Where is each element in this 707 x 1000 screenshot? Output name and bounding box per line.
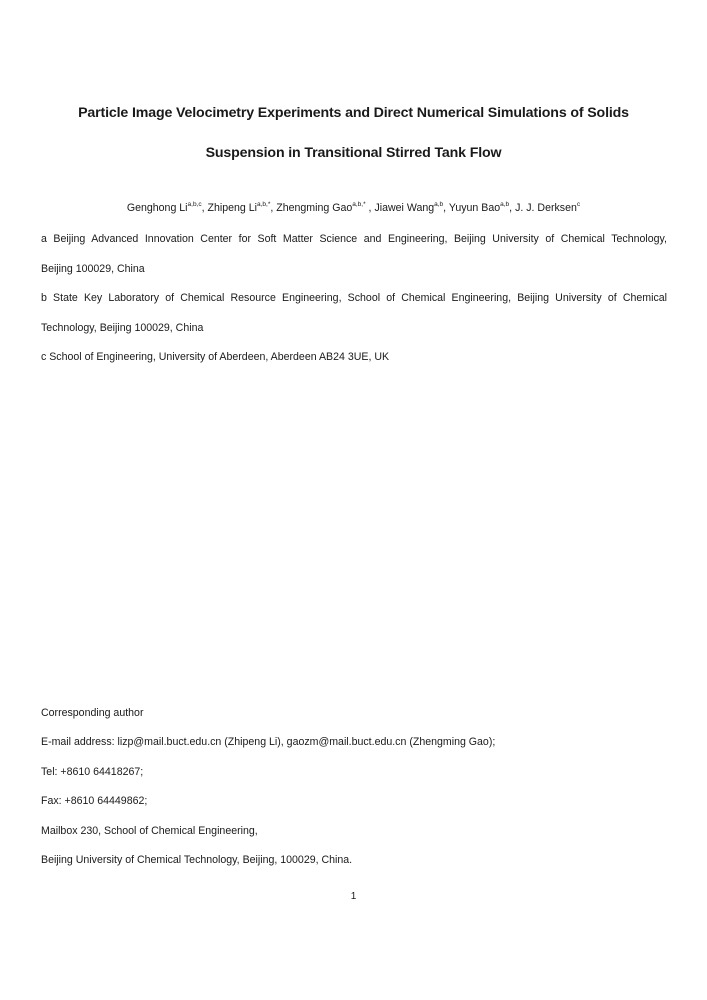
author: Zhengming Gaoa,b,* , [276, 202, 374, 214]
mailbox: Mailbox 230, School of Chemical Engineer… [41, 825, 258, 837]
author: Jiawei Wanga,b, [374, 202, 448, 214]
author-name: J. J. Derksen [515, 202, 577, 214]
author: Genghong Lia,b,c, [127, 202, 208, 214]
author-name: Genghong Li [127, 202, 188, 214]
fax: Fax: +8610 64449862; [41, 795, 147, 807]
author-name: Zhipeng Li [208, 202, 257, 214]
author: J. J. Derksenc [515, 202, 580, 214]
title-line-1: Particle Image Velocimetry Experiments a… [0, 105, 707, 121]
author: Yuyun Baoa,b, [449, 202, 515, 214]
author-name: Jiawei Wang [374, 202, 434, 214]
affiliation-a-line-2: Beijing 100029, China [41, 263, 145, 275]
title-line-2: Suspension in Transitional Stirred Tank … [0, 145, 707, 161]
affiliation-b-line-2: Technology, Beijing 100029, China [41, 322, 203, 334]
postal-address: Beijing University of Chemical Technolog… [41, 854, 352, 866]
affiliation-a-line-1: a Beijing Advanced Innovation Center for… [41, 233, 667, 245]
author-affiliation-marker: a,b [500, 201, 509, 208]
author-affiliation-marker: a,b,c [188, 201, 202, 208]
telephone: Tel: +8610 64418267; [41, 766, 143, 778]
author-list: Genghong Lia,b,c, Zhipeng Lia,b,*, Zheng… [0, 202, 707, 214]
author-name: Yuyun Bao [449, 202, 500, 214]
author-affiliation-marker: a,b [434, 201, 443, 208]
author-affiliation-marker: a,b,* [257, 201, 270, 208]
author-affiliation-marker: a,b,* [352, 201, 365, 208]
affiliation-b-line-1: b State Key Laboratory of Chemical Resou… [41, 292, 667, 304]
author-name: Zhengming Gao [276, 202, 352, 214]
email-addresses: E-mail address: lizp@mail.buct.edu.cn (Z… [41, 736, 495, 748]
author-affiliation-marker: c [577, 201, 580, 208]
corresponding-author-heading: Corresponding author [41, 707, 143, 719]
page-number: 1 [0, 891, 707, 902]
affiliation-c: c School of Engineering, University of A… [41, 351, 389, 363]
author: Zhipeng Lia,b,*, [208, 202, 277, 214]
